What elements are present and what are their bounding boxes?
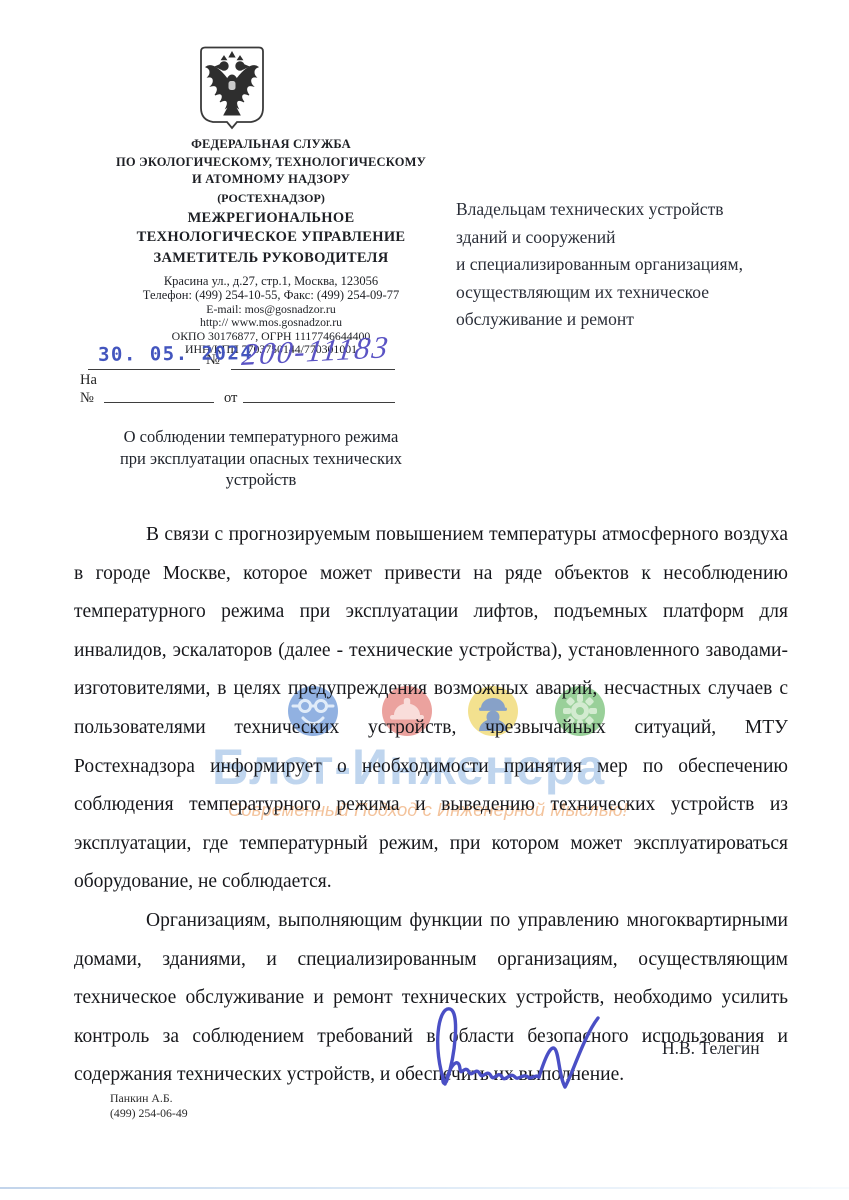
addressee-line: и специализированным организациям, (456, 251, 806, 279)
office-address: Красина ул., д.27, стр.1, Москва, 123056 (82, 274, 460, 289)
scanned-letter-page: ФЕДЕРАЛЬНАЯ СЛУЖБА ПО ЭКОЛОГИЧЕСКОМУ, ТЕ… (0, 0, 849, 1200)
russia-coat-of-arms-icon (199, 46, 265, 130)
department-line1: МЕЖРЕГИОНАЛЬНОЕ (82, 209, 460, 228)
reply-number-line (104, 402, 214, 403)
executor-phone: (499) 254-06-49 (110, 1106, 188, 1121)
scan-artifact-line (0, 1187, 849, 1189)
position-title: ЗАМЕТИТЕЛЬ РУКОВОДИТЕЛЯ (82, 249, 460, 268)
agency-name-line1: ФЕДЕРАЛЬНАЯ СЛУЖБА (82, 136, 460, 154)
date-line (88, 369, 200, 370)
agency-name-line3: И АТОМНОМУ НАДЗОРУ (82, 171, 460, 189)
addressee-line: обслуживание и ремонт (456, 306, 806, 334)
reply-to-label: На (80, 372, 97, 389)
signer-name: Н.В. Телегин (662, 1038, 760, 1059)
addressee-line: Владельцам технических устройств (456, 196, 806, 224)
date-stamp: 30. 05. 2024 (98, 342, 254, 366)
letterhead: ФЕДЕРАЛЬНАЯ СЛУЖБА ПО ЭКОЛОГИЧЕСКОМУ, ТЕ… (82, 136, 460, 357)
reply-date-label: от (224, 390, 237, 407)
executor-name: Панкин А.Б. (110, 1091, 188, 1106)
subject-line: О соблюдении температурного режима (72, 426, 450, 448)
addressee-line: осуществляющим их техническое (456, 279, 806, 307)
subject-block: О соблюдении температурного режима при э… (72, 426, 450, 491)
agency-short-name: (РОСТЕХНАДЗОР) (82, 190, 460, 207)
subject-line: при эксплуатации опасных технических (72, 448, 450, 470)
body-paragraph-1: В связи с прогнозируемым повышением темп… (74, 516, 788, 902)
office-website: http:// www.mos.gosnadzor.ru (82, 316, 460, 330)
department-line2: ТЕХНОЛОГИЧЕСКОЕ УПРАВЛЕНИЕ (82, 228, 460, 247)
executor-contact: Панкин А.Б. (499) 254-06-49 (110, 1091, 188, 1121)
signature-autograph (424, 998, 620, 1094)
office-phone: Телефон: (499) 254-10-55, Факс: (499) 25… (82, 288, 460, 303)
reply-date-line (243, 402, 395, 403)
addressee-line: зданий и сооружений (456, 224, 806, 252)
agency-name-line2: ПО ЭКОЛОГИЧЕСКОМУ, ТЕХНОЛОГИЧЕСКОМУ (82, 154, 460, 172)
reply-number-sign: № (80, 390, 94, 407)
handwritten-outgoing-number: 200-11183 (240, 329, 392, 373)
subject-line: устройств (72, 469, 450, 491)
office-email: E-mail: mos@gosnadzor.ru (82, 303, 460, 317)
addressee-block: Владельцам технических устройств зданий … (456, 196, 806, 334)
